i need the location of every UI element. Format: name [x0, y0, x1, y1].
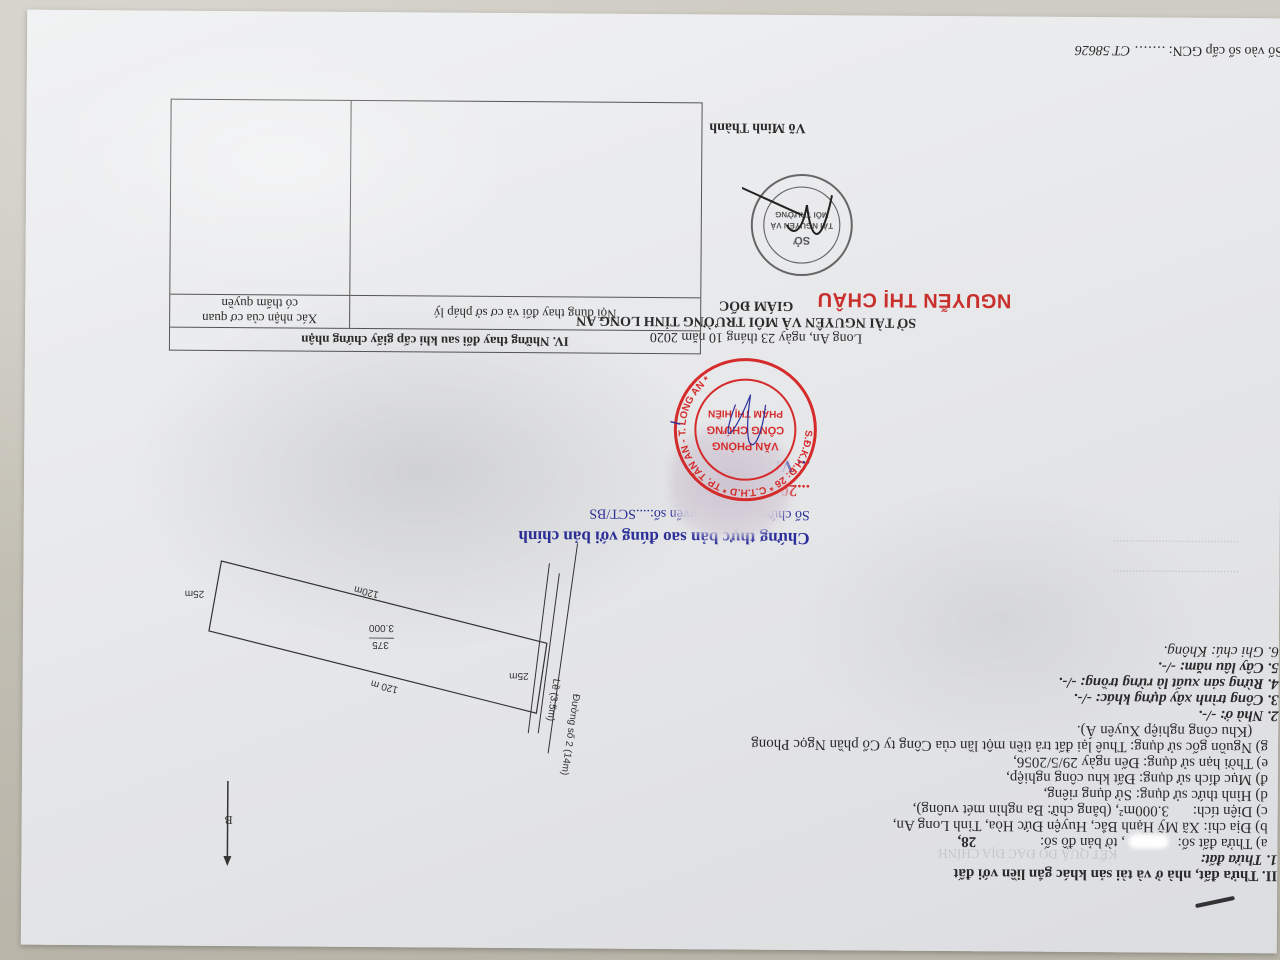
- svg-text:PHẠM THỊ HIỀN: PHẠM THỊ HIỀN: [708, 407, 783, 421]
- svg-text:Đường số 2 (14m): Đường số 2 (14m): [559, 693, 583, 776]
- certificate-page: II. Thửa đất, nhà ở và tài sản khác gắn …: [21, 10, 1280, 954]
- bleed-through-text: KẾT QUẢ ĐO ĐẠC ĐỊA CHÍNH: [938, 845, 1117, 862]
- notary-round-stamp: S.Đ.K.H.Đ: 26 * C.T.H.D * TP. TÂN AN - T…: [670, 354, 821, 505]
- page-content-rotated: II. Thửa đất, nhà ở và tài sản khác gắn …: [21, 10, 1280, 954]
- svg-text:120m: 120m: [353, 583, 380, 600]
- col-change-content: Nội dung thay đổi và cơ sở pháp lý: [349, 296, 700, 330]
- col-authority-confirmation: Xác nhận của cơ quan có thẩm quyền: [170, 295, 349, 328]
- redacted-parcel-number: [1129, 835, 1169, 849]
- red-name-stamp: NGUYỄN THỊ CHÂU: [817, 287, 1011, 311]
- changes-table-body: [170, 100, 701, 298]
- government-seal: SỞ TÀI NGUYÊN VÀ MÔI TRƯỜNG: [741, 165, 862, 286]
- svg-text:25m: 25m: [185, 588, 205, 599]
- empty-cell: [170, 100, 350, 295]
- svg-text:Lề (3.5m): Lề (3.5m): [544, 678, 562, 722]
- svg-text:3.000: 3.000: [368, 622, 394, 633]
- changes-table: IV. Những thay đổi sau khi cấp giấy chứn…: [169, 99, 703, 355]
- svg-text:120 m: 120 m: [370, 677, 400, 695]
- svg-text:VĂN PHÒNG: VĂN PHÒNG: [712, 439, 779, 452]
- changes-table-header: Nội dung thay đổi và cơ sở pháp lý Xác n…: [170, 294, 700, 331]
- north-arrow-icon: B: [217, 776, 238, 866]
- svg-text:375: 375: [372, 639, 389, 650]
- land-plot-diagram: 120 m 120m 25m 25m 375 3.000 Đường số 2 …: [138, 530, 600, 753]
- svg-text:B: B: [225, 813, 233, 827]
- bleed-through-text: .......................................: [1113, 536, 1240, 553]
- changes-table-title: IV. Những thay đổi sau khi cấp giấy chứn…: [170, 327, 700, 354]
- svg-text:25m: 25m: [509, 670, 529, 681]
- empty-cell: [349, 101, 701, 297]
- section-ii-title: II. Thửa đất, nhà ở và tài sản khác gắn …: [750, 864, 1277, 884]
- svg-text:CÔNG CHỨNG: CÔNG CHỨNG: [707, 423, 785, 437]
- svg-text:SỞ: SỞ: [793, 234, 810, 247]
- bleed-through-text: .......................................: [1113, 566, 1240, 583]
- registry-number: Số vào sổ cấp GCN: ....... CT 58626: [1075, 41, 1280, 58]
